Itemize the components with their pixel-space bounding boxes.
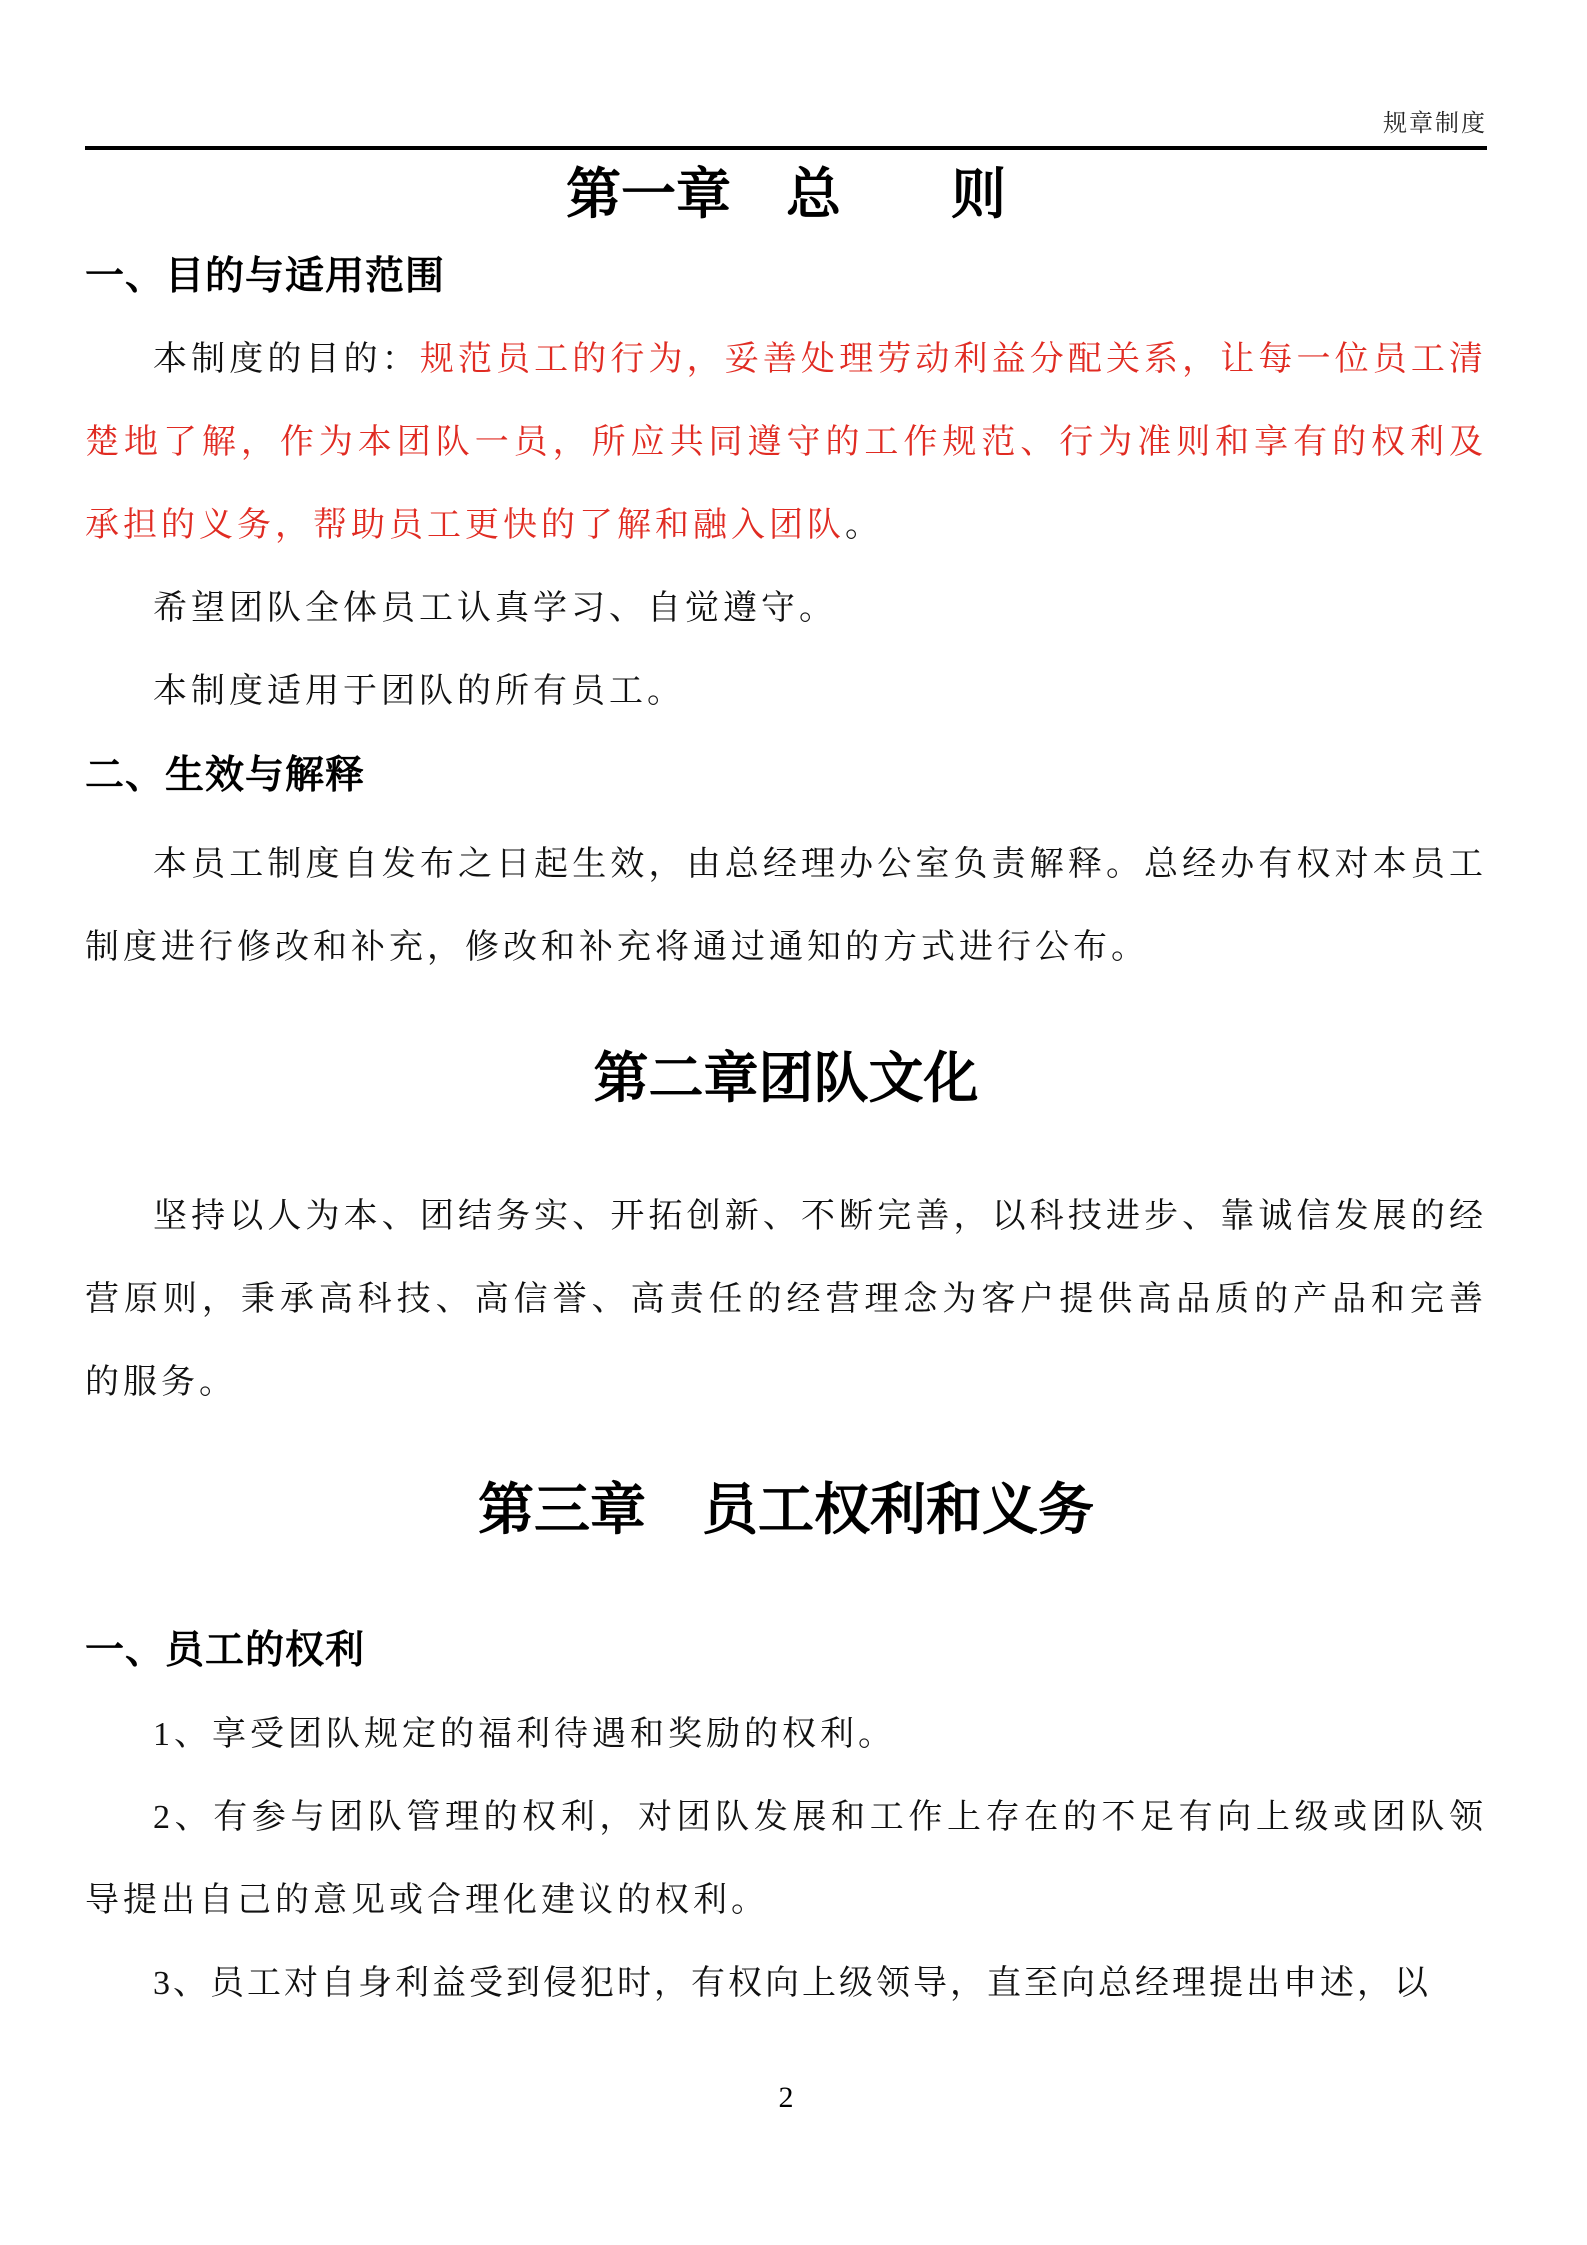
document-page: 规章制度 第一章 总 则 一、目的与适用范围 本制度的目的：规范员工的行为，妥善…	[0, 0, 1587, 2245]
paragraph-effect: 本员工制度自发布之日起生效，由总经理办公室负责解释。总经办有权对本员工制度进行修…	[85, 823, 1487, 989]
paragraph-purpose-lead: 本制度的目的：	[153, 341, 420, 378]
chapter3-title: 第三章 员工权利和义务	[85, 1480, 1487, 1542]
section-heading-effect-interpretation: 二、生效与解释	[85, 755, 1487, 797]
section-heading-employee-rights: 一、员工的权利	[85, 1630, 1487, 1672]
header-title: 规章制度	[1383, 110, 1487, 137]
rights-item-1: 1、享受团队规定的福利待遇和奖励的权利。	[85, 1693, 1487, 1776]
rights-item-2: 2、有参与团队管理的权利，对团队发展和工作上存在的不足有向上级或团队领导提出自己…	[85, 1776, 1487, 1942]
paragraph-purpose: 本制度的目的：规范员工的行为，妥善处理劳动利益分配关系，让每一位员工清楚地了解，…	[85, 318, 1487, 567]
page-header: 规章制度	[85, 112, 1487, 150]
rights-item-3: 3、员工对自身利益受到侵犯时，有权向上级领导，直至向总经理提出申述，以	[85, 1942, 1487, 2025]
section-heading-purpose-scope: 一、目的与适用范围	[85, 256, 1487, 298]
page-number: 2	[85, 2083, 1487, 2113]
chapter2-title: 第二章团队文化	[85, 1050, 1487, 1108]
paragraph-applicability: 本制度适用于团队的所有员工。	[85, 650, 1487, 733]
chapter1-title: 第一章 总 则	[85, 166, 1487, 224]
paragraph-culture: 坚持以人为本、团结务实、开拓创新、不断完善，以科技进步、靠诚信发展的经营原则，秉…	[85, 1175, 1487, 1424]
paragraph-hope: 希望团队全体员工认真学习、自觉遵守。	[85, 567, 1487, 650]
paragraph-purpose-tail: 。	[845, 507, 883, 544]
